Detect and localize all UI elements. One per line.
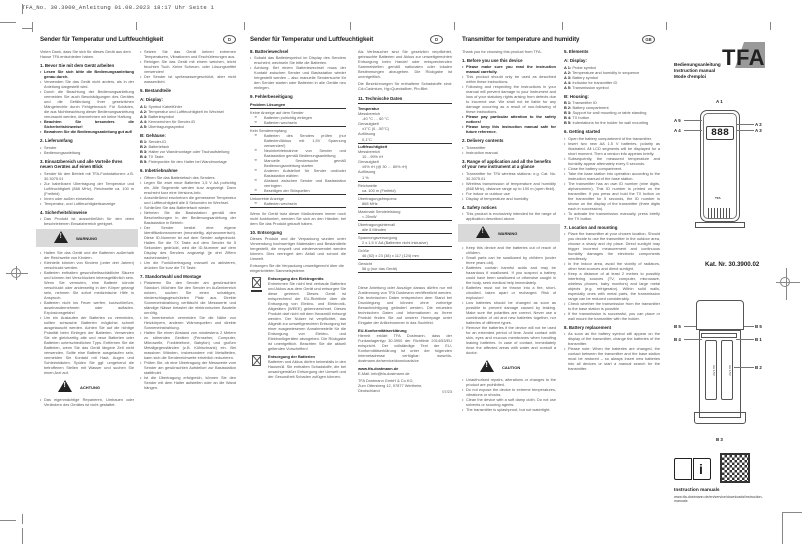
spec-row: Spannungsversorgung2 x 1,5 V AA (Batteri… [358, 234, 452, 247]
list-item: Display of temperature and humidity [462, 196, 556, 201]
book-page-left [674, 458, 692, 480]
lcd-display: 888 [706, 126, 734, 140]
list-item: Place the transmitter at your chosen loc… [564, 231, 660, 261]
legal-notice: Diese Anleitung oder Auszüge daraus dürf… [358, 285, 452, 325]
crop-mark [0, 22, 16, 23]
list-item: Batterien enthalten gesundheitsschädlich… [40, 270, 134, 300]
warning-box: WARNUNG [36, 229, 138, 247]
spec-row: Übertragungsfrequenz868 MHz [358, 195, 452, 208]
spec-value: 0,1°C [358, 136, 452, 144]
solution-item: Neuinbetriebnahme von Sender und Basisst… [254, 148, 346, 158]
section-heading: 6. Inbetriebnahme [140, 168, 236, 173]
list-item: Following and respecting the instruction… [462, 84, 556, 114]
label-a1: A 1 [716, 99, 723, 104]
list-item: Take the base station into operation acc… [564, 171, 660, 181]
list-item: Batterien nicht ins Feuer werfen, kurzsc… [40, 300, 134, 315]
leader-line [734, 367, 754, 368]
section-heading: 2. Delivery contents [462, 138, 556, 143]
spec-value: 1 % [358, 174, 452, 182]
list-item: Unauthorised repairs, alterations or cha… [462, 377, 556, 387]
sub-heading: A: Display: [140, 97, 236, 102]
sub-heading: A: Display: [564, 58, 660, 63]
leader-line [736, 124, 754, 125]
english-column-2: 5. Elements A: Display: A 1: Probe symbo… [564, 49, 660, 371]
leader-line [684, 130, 702, 131]
list-item: Durch die Beachtung der Bedienungsanleit… [40, 89, 134, 119]
label-b1: B 1 [755, 337, 762, 342]
list-item: Verwenden Sie das Gerät nicht anders, al… [40, 79, 134, 89]
paragraph: Entnehmen Sie nicht fest verbaute Batter… [268, 281, 346, 351]
label-key: A 5: [564, 85, 571, 90]
label-a2: A 2 [755, 122, 762, 127]
list-item: Halten Sie das Gerät und die Batterien a… [40, 250, 134, 260]
list-item: Please note: When the batteries are chan… [564, 346, 660, 371]
list-item: Sender für den Betrieb mit TFA-Funkstati… [40, 171, 134, 181]
solution-item: Batterien wechseln [254, 201, 346, 206]
cover-title: Bedienungsanleitung Instruction manual M… [674, 62, 721, 79]
info-icon: i [699, 462, 703, 476]
crop-mark [0, 520, 16, 521]
list-item: Keep this device and the batteries out o… [462, 245, 556, 255]
intro-text: Vielen Dank, dass Sie sich für dieses Ge… [40, 49, 134, 59]
list-item: Subsequently, the measured temperature a… [564, 156, 660, 166]
language-badge-de: D [430, 35, 443, 44]
section-heading: 4. Safety notices [462, 205, 556, 210]
spec-row: Größe46 (52) x 23 (38) x 117 (124) mm [358, 247, 452, 260]
caution-icon [480, 360, 494, 372]
spec-value: ca. 100 m (Freifeld) [358, 188, 452, 193]
section-heading: 9. Fehlerbeseitigung [250, 94, 346, 99]
caution-header: CAUTION [462, 359, 556, 375]
vent-slots [708, 208, 732, 218]
front-device-diagram: 888 TFA [700, 110, 740, 230]
label-key: A 5: [140, 124, 147, 129]
list-item: Der Sender besitzt eine eigene Identifik… [140, 225, 236, 260]
battery-2: AA 1.5V [721, 340, 733, 400]
list-item: Um ein Auslaufen der Batterien zu vermei… [40, 315, 134, 375]
list-item: Batteries contain harmful acids and may … [462, 265, 556, 285]
troubleshoot-table-header: Problem Lösungen [250, 101, 346, 109]
paragraph: Batterien und Akkus dürfen keinesfalls i… [268, 359, 346, 379]
label-a3: A 3 [755, 128, 762, 133]
list-item: Beachten Sie besonders die Sicherheitshi… [40, 119, 134, 129]
section-heading: 7. Location and mounting [564, 225, 660, 230]
list-item: Batteries must not be thrown into a fire… [462, 285, 556, 300]
tfa-logo: TFA [722, 45, 765, 71]
german-column-4: Als Verbraucher sind Sie gesetzlich verp… [358, 49, 452, 394]
manuals-title: Instruction manuals [674, 488, 720, 493]
list-item: The transmitter is splashproof, but not … [462, 407, 556, 412]
list-item: This product should only be used as desc… [462, 74, 556, 84]
list-item: Zur kabellosen Übertragung der Temperatu… [40, 181, 134, 196]
crop-mark [782, 512, 783, 544]
list-item: Das eigenmächtige Reparieren, Umbauen od… [40, 397, 134, 407]
book-info-icon: i [674, 456, 712, 482]
list-item: Sobald das Batteriesymbol im Display des… [250, 55, 346, 65]
label-b5-left: B 5 [674, 324, 681, 329]
caution-label: CAUTION [502, 365, 520, 370]
list-item: Halten Sie einen Abstand von mindestens … [140, 330, 236, 360]
print-slug: TFA_No. 30.3900_Anleitung 01.08.2023 18:… [22, 4, 214, 11]
list-item: Reinigen Sie das Gerät mit einem weichen… [140, 59, 236, 74]
list-item: Achtung: Bei einem Batteriewechsel muss … [250, 65, 346, 90]
catalog-number: Kat. Nr. 30.3900.02 [705, 261, 759, 268]
caution-header: ACHTUNG [40, 379, 134, 395]
list-item: Das Produkt ist ausschließlich für den o… [40, 216, 134, 226]
caution-icon [58, 380, 72, 392]
label-b3: B 3 [716, 437, 723, 442]
solution-item: Anderen Aufstellort für Sender und/oder … [254, 168, 346, 178]
label-key: B 5: [564, 120, 571, 125]
crop-mark [454, 22, 455, 30]
spec-value: 868 MHz [358, 201, 452, 206]
warning-icon [54, 231, 68, 243]
back-device-diagram: AA 1.5V AA 1.5V [696, 300, 744, 430]
list-item: Keep a distance of at least 2 metres to … [564, 271, 660, 301]
label-a4: A 4 [674, 128, 681, 133]
list-item: Temperatur- und Luftfeuchtigkeitsanzeige [40, 201, 134, 206]
section-heading: 10. Entsorgung [250, 230, 346, 235]
list-item: Anschließend erscheinen die gemessene Te… [140, 195, 236, 205]
list-item: Setzen Sie das Gerät keinen extremen Tem… [140, 49, 236, 59]
section-heading: 2. Lieferumfang [40, 138, 134, 143]
troubleshoot-note: Wenn Ihr Gerät trotz dieser Maßnahmen im… [250, 211, 346, 226]
list-item: Nehmen Sie die Basisstation gemäß den Be… [140, 210, 236, 225]
battery-1: AA 1.5V [705, 340, 717, 400]
list-item: Remove the batteries if the device will … [462, 325, 556, 355]
spec-row: Maximale Sendeleistung< 25mW [358, 208, 452, 221]
crop-mark [350, 22, 351, 30]
leader-line [684, 339, 702, 340]
warning-box: WARNING [458, 224, 560, 242]
language-badge-gb: GB [642, 35, 655, 44]
title-fr: Mode d'emploi [674, 74, 721, 80]
caution-label: ACHTUNG [80, 385, 100, 390]
label-value: Indentations for the holder for wall mou… [572, 120, 648, 125]
leader-line [684, 326, 696, 327]
list-item: Um die Funkübertragung manuell zu aktivi… [140, 260, 236, 270]
crop-mark [770, 22, 771, 30]
crop-mark [244, 22, 245, 30]
email-link[interactable]: E-Mail: info@tfa-dostmann.de [358, 371, 452, 376]
list-item: As soon as the battery symbol will appea… [564, 331, 660, 346]
section-heading: 5. Elements [564, 49, 660, 54]
list-item: Insert two new AA 1.5 V batteries, polar… [564, 141, 660, 156]
german-column-2: Setzen Sie das Gerät keinen extremen Tem… [140, 49, 236, 390]
crop-mark [562, 22, 563, 30]
list-item: Please pay particular attention to the s… [462, 114, 556, 124]
list-item: Please make sure you read the instructio… [462, 64, 556, 74]
crop-mark [782, 512, 802, 513]
list-item: Legen Sie zwei neue Batterien 1,5 V AA p… [140, 180, 236, 195]
crop-mark [22, 28, 32, 29]
crossed-bin-icon [252, 277, 261, 288]
crop-mark [666, 22, 667, 30]
warning-label: WARNING [498, 231, 517, 236]
list-item: Small parts can be swallowed by children… [462, 255, 556, 265]
table-row: Keine Anzeige auf dem Sender Batterien p… [250, 109, 346, 127]
leader-line [684, 120, 702, 121]
spec-row: Gewicht56 g (nur das Gerät) [358, 260, 452, 273]
section-heading: 8. Batteriewechsel [250, 49, 346, 54]
device-stand [695, 222, 745, 228]
section-heading: 3. Einsatzbereich und alle Vorteile Ihre… [40, 159, 134, 170]
solution-item: Beseitigen der Störquellen [254, 188, 346, 193]
title-de: Bedienungsanleitung [674, 62, 721, 68]
german-column-3: 8. Batteriewechsel Sobald das Batteriesy… [250, 49, 346, 379]
list-item: To activate the transmission manually, p… [564, 211, 660, 221]
section-heading: 11. Technische Daten [358, 96, 452, 101]
label-b2: B 2 [755, 365, 762, 370]
section-heading: 5. Bestandteile [140, 88, 236, 93]
list-item: Low batteries should be changed as soon … [462, 300, 556, 325]
bar-icon [251, 290, 262, 292]
list-item: Bewahren Sie die Bedienungsanleitung gut… [40, 129, 134, 134]
list-item: Transmitter for TFA wireless stations: e… [462, 171, 556, 181]
qr-code[interactable] [720, 453, 750, 483]
paragraph: Die Bezeichnungen für enthaltene Schadst… [358, 81, 452, 91]
spec-row: Übertragungsintervallalle 5 Minuten [358, 221, 452, 234]
list-item: Prüfen Sie, ob eine Übertragung der Mess… [140, 360, 236, 375]
list-item: Bedienungsanleitung [40, 150, 134, 155]
list-item: Im Innenbereich vermeiden Sie die Nähe v… [140, 315, 236, 330]
solution-item: Batterien des Senders prüfen (nur Batter… [254, 133, 346, 148]
warning-icon [476, 226, 490, 238]
spec-row: Reichweiteca. 100 m (Freifeld) [358, 182, 452, 195]
sub-heading: B: Gehäuse: [140, 133, 236, 138]
list-item: In the indoor area, avoid the vicinity o… [564, 261, 660, 271]
paragraph: Entsorgen Sie die Verpackung umweltgerec… [250, 263, 346, 273]
label-value: Transmission symbol [572, 85, 608, 90]
spec-value: 2 x 1,5 V AA (Batterien nicht inklusive) [358, 240, 452, 245]
section-heading: 8. Battery replacement [564, 325, 660, 330]
warning-label: WARNUNG [76, 236, 97, 241]
crop-mark [32, 22, 33, 32]
german-column-1: Vielen Dank, dass Sie sich für dieses Ge… [40, 49, 134, 407]
manuals-url[interactable]: www.tfa-dostmann.de/en/service/downloads… [674, 495, 769, 504]
list-item: This product is exclusively intended for… [462, 211, 556, 221]
german-page-title: Sender für Temperatur und Luftfeuchtigke… [40, 36, 163, 43]
german-page-2-title: Sender für Temperatur und Luftfeuchtigke… [250, 36, 373, 43]
spec-value: 56 g (nur das Gerät) [358, 266, 452, 271]
paragraph: Dieses Produkt und die Verpackung wurden… [250, 236, 346, 261]
intro-text: Thank you for choosing this product from… [462, 49, 556, 54]
list-item: Check whether the transmission from the … [564, 301, 660, 311]
weee-electronics: Entsorgung des Elektrogeräts Entnehmen S… [250, 276, 346, 351]
english-page-title: Transmitter for temperature and humidity [462, 36, 579, 43]
list-item: If the transmission is successful, you c… [564, 311, 660, 321]
id-label [701, 333, 737, 338]
english-column-1: Thank you for choosing this product from… [462, 49, 556, 412]
stand-base [694, 412, 746, 424]
label-b4: B 4 [674, 337, 681, 342]
list-item: Instruction manual [462, 150, 556, 155]
list-item: The transmitter has an own ID number (ni… [564, 181, 660, 211]
list-item: Platzieren Sie den Sender am gewünschten… [140, 280, 236, 315]
leader-line [744, 326, 754, 327]
list-item: Please keep this instruction manual safe… [462, 124, 556, 134]
list-item: Wireless transmission of temperature and… [462, 181, 556, 191]
list-item: Ist die Übertragung erfolgreich, können … [140, 375, 236, 390]
label-key: B 5: [140, 159, 147, 164]
section-heading: 3. Range of application and all the bene… [462, 159, 556, 170]
list-item: Lesen Sie sich bitte die Bedienungsanlei… [40, 69, 134, 79]
language-badge-de: D [223, 35, 236, 44]
label-b5-right: B 5 [755, 324, 762, 329]
leader-line [736, 339, 754, 340]
spec-value: 46 (52) x 23 (38) x 117 (124) mm [358, 253, 452, 258]
section-heading: 1. Bevor Sie mit dem Gerät arbeiten [40, 63, 134, 68]
section-heading: 4. Sicherheitshinweise [40, 210, 134, 215]
solution-item: Batterien wechseln [254, 120, 346, 125]
list-item: Der Sender ist spritzwassergeschützt, ab… [140, 74, 236, 84]
registration-mark [11, 268, 21, 278]
leader-line [736, 130, 754, 131]
holder-outline [696, 300, 744, 330]
label-value: Fixierpunkte für den Halter bei Wandmont… [148, 159, 226, 164]
label-value: Übertragungssymbol [148, 124, 184, 129]
title-en: Instruction manual [674, 68, 721, 74]
device-brand: TFA [715, 196, 721, 200]
crop-mark [22, 528, 23, 544]
section-heading: 1. Before you use this device [462, 58, 556, 63]
list-item: Clean the device with a soft damp cloth.… [462, 397, 556, 407]
label-a5: A 5 [674, 118, 681, 123]
crop-mark [136, 22, 137, 30]
spec-value: < 25mW [358, 214, 452, 219]
registration-mark [780, 277, 790, 287]
list-item: Kleinteile können von Kindern (unter dre… [40, 260, 134, 270]
crossed-bin-icon [252, 355, 261, 366]
paragraph: Als Verbraucher sind Sie gesetzlich verp… [358, 49, 452, 79]
solution-item: Manuelle Sendersuche gemäß Bedienungsanl… [254, 158, 346, 168]
spec-value: alle 5 Minuten [358, 227, 452, 232]
list-item: Do not expose the device to extreme temp… [462, 387, 556, 397]
table-row: Kein Senderempfang Batterien des Senders… [250, 127, 346, 195]
table-row: Unkorrekte Anzeige Batterien wechseln [250, 195, 346, 208]
crop-mark [22, 514, 23, 524]
section-heading: 6. Getting started [564, 129, 660, 134]
sub-heading: B: Housing: [564, 94, 660, 99]
solution-item: Abstand zwischen Sender und Basisstation… [254, 178, 346, 188]
eu-declaration: Hiermit erklärt TFA Dostmann, dass der F… [358, 333, 452, 363]
weee-batteries: Entsorgung der Batterien Batterien und A… [250, 354, 346, 379]
section-heading: 7. Standortwahl und Montage [140, 274, 236, 279]
crop-mark [22, 4, 23, 14]
